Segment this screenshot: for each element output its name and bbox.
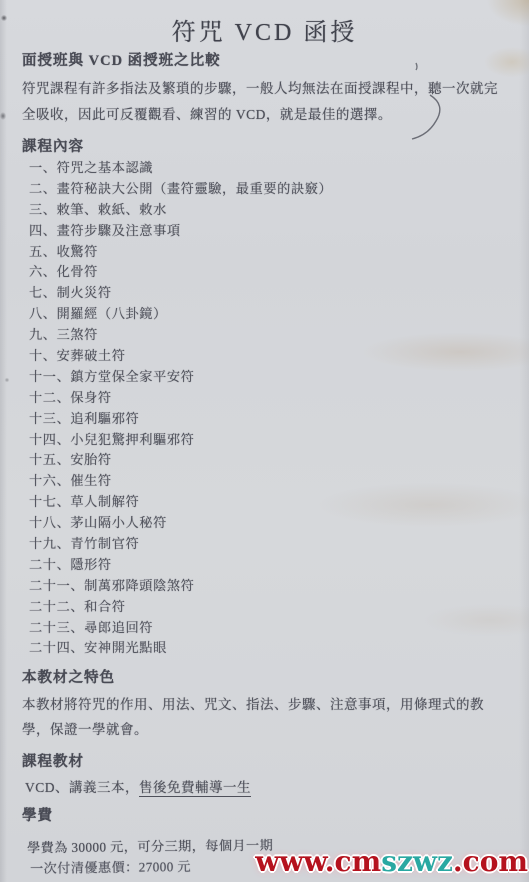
features-paragraph: 本教材將符咒的作用、用法、咒文、指法、步驟、注意事項，用條理式的教學，保證一學就…: [22, 692, 509, 742]
list-item: 十四、小兒犯驚押利驅邪符: [29, 430, 332, 451]
page-title: 符咒 VCD 函授: [0, 12, 529, 47]
list-item: 三、敕筆、敕紙、敕水: [29, 200, 332, 221]
list-item: 十六、催生符: [29, 471, 332, 492]
watermark-text-part: szwz: [381, 845, 453, 878]
materials-text: VCD、講義三本，: [25, 780, 139, 795]
course-list: 一、符咒之基本認識二、畫符秘訣大公開（畫符靈驗，最重要的訣竅）三、敕筆、敕紙、敕…: [29, 158, 332, 659]
list-item: 六、化骨符: [29, 262, 332, 283]
watermark-url: www.cmszwz.com: [255, 845, 528, 878]
list-item: 十八、茅山隔小人秘符: [29, 513, 332, 534]
materials-heading: 課程教材: [22, 750, 84, 771]
list-item: 八、開羅經（八卦鏡）: [29, 304, 332, 325]
watermark-text-part: www.cm: [255, 845, 381, 878]
list-item: 十一、鎮方堂保全家平安符: [29, 367, 332, 388]
list-item: 二十二、和合符: [29, 597, 332, 618]
comparison-heading: 面授班與 VCD 函授班之比較: [22, 49, 221, 70]
scanned-document-page: { "page": { "title": "符咒 VCD 函授" }, "sec…: [0, 0, 529, 882]
list-item: 四、畫符步驟及注意事項: [29, 221, 332, 242]
list-item: 十五、安胎符: [29, 450, 332, 471]
list-item: 十、安葬破土符: [29, 346, 332, 367]
list-item: 十七、草人制解符: [29, 492, 332, 513]
list-item: 九、三煞符: [29, 325, 332, 346]
list-item: 二十三、尋郎追回符: [29, 618, 332, 639]
materials-line: VCD、講義三本，售後免費輔導一生: [25, 776, 251, 796]
list-item: 二十四、安神開光點眼: [29, 638, 332, 659]
watermark-text-part: .com: [453, 845, 528, 878]
list-item: 一、符咒之基本認識: [29, 158, 332, 179]
contents-heading: 課程內容: [22, 135, 84, 156]
tuition-line-1: 學費為 30000 元，可分三期，每個月一期: [27, 835, 273, 857]
tuition-line-2: 一次付清優惠價：27000 元: [30, 856, 191, 877]
materials-underlined-text: 售後免費輔導一生: [139, 780, 251, 797]
list-item: 十三、追利驅邪符: [29, 409, 332, 430]
tuition-heading: 學費: [22, 804, 53, 825]
list-item: 二十、隱形符: [29, 555, 332, 576]
list-item: 十九、青竹制官符: [29, 534, 332, 555]
list-item: 七、制火災符: [29, 283, 332, 304]
list-item: 二十一、制萬邪降頭陰煞符: [29, 576, 332, 597]
comparison-paragraph: 符咒課程有許多指法及繁瑣的步驟，一般人均無法在面授課程中，聽一次就完全吸收，因此…: [22, 76, 509, 128]
features-heading: 本教材之特色: [22, 666, 115, 687]
list-item: 二、畫符秘訣大公開（畫符靈驗，最重要的訣竅）: [29, 179, 332, 200]
list-item: 五、收驚符: [29, 242, 332, 263]
list-item: 十二、保身符: [29, 388, 332, 409]
